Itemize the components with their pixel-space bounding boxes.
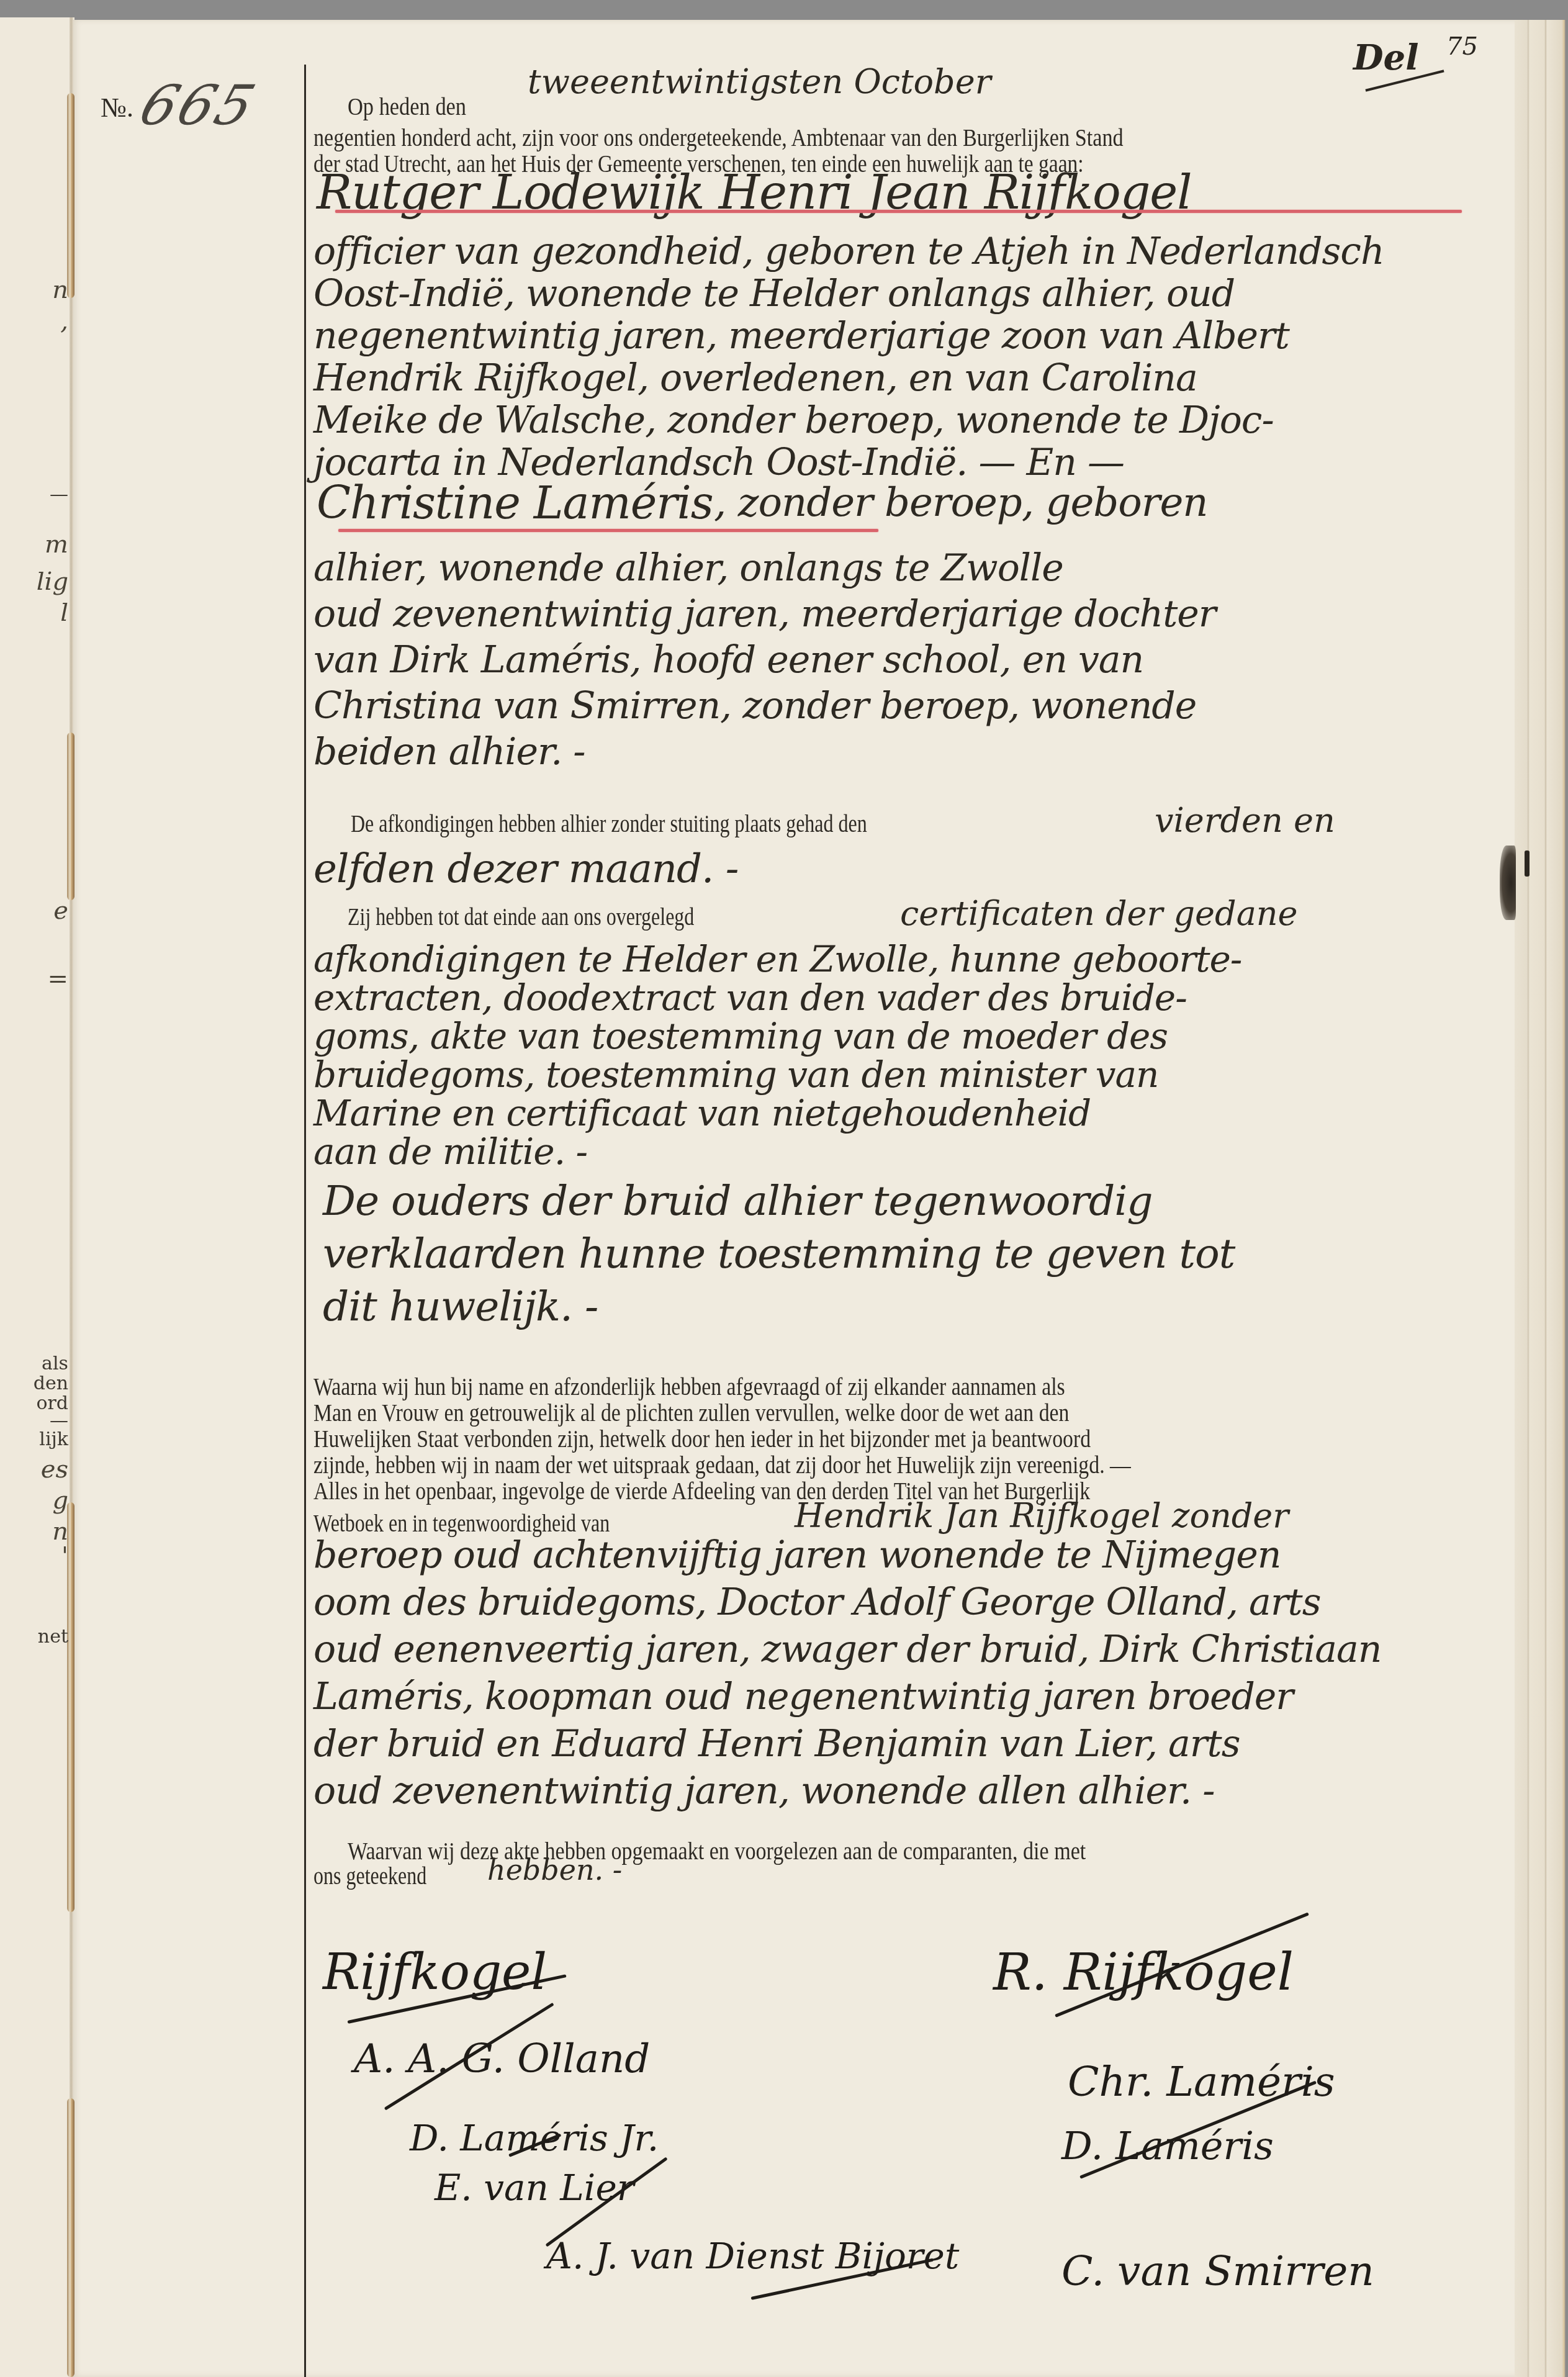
print-line: Huwelijken Staat verbonden zijn, hetwelk… xyxy=(313,1425,1091,1453)
signature-right: D. Laméris xyxy=(1061,2123,1274,2168)
left-page-fragment: lig xyxy=(0,571,68,592)
print-line: negentien honderd acht, zijn voor ons on… xyxy=(313,124,1124,151)
record-number: 665 xyxy=(132,73,264,137)
corner-annotation-number: 75 xyxy=(1446,32,1478,61)
left-page-fragment: net xyxy=(0,1626,68,1648)
signature-right: R. Rijfkogel xyxy=(993,1943,1294,2002)
print-line: Man en Vrouw en getrouwelijk al de plich… xyxy=(313,1399,1069,1427)
signature-left: A. A. G. Olland xyxy=(354,2036,650,2082)
handwritten-line: van Dirk Laméris, hoofd eener school, en… xyxy=(313,638,1143,682)
hw-date: tweeentwintigsten October xyxy=(528,62,991,101)
binding-stitch xyxy=(67,93,74,298)
handwritten-line: verklaarden hunne toestemming te geven t… xyxy=(323,1232,1235,1276)
handwritten-line: bruidegoms, toestemming van den minister… xyxy=(313,1053,1158,1096)
handwritten-line: aan de militie. - xyxy=(313,1130,587,1173)
handwritten-line: Hendrik Rijfkogel, overledenen, en van C… xyxy=(313,356,1197,400)
hw-proclamation-dates-cont: elfden dezer maand. - xyxy=(313,847,738,891)
bride-name: Christine Laméris xyxy=(317,481,713,525)
left-page-fragment: n xyxy=(0,279,68,300)
left-page-fragment: es xyxy=(0,1459,68,1480)
record-number-label: №. xyxy=(101,92,133,124)
bride-name-suffix: , zonder beroep, geboren xyxy=(714,481,1207,525)
handwritten-line: dit huwelijk. - xyxy=(323,1285,598,1328)
print-line: zijnde, hebben wij in naam der wet uitsp… xyxy=(313,1451,1131,1479)
signature-right: Chr. Laméris xyxy=(1068,2058,1335,2106)
signature-left: Rijfkogel xyxy=(323,1943,547,2001)
print-closing: Waarvan wij deze akte hebben opgemaakt e… xyxy=(348,1838,1086,1865)
print-op-heden: Op heden den xyxy=(348,93,466,120)
left-page-fragment: e xyxy=(0,900,68,921)
handwritten-line: afkondigingen te Helder en Zwolle, hunne… xyxy=(313,937,1241,981)
left-page-fragment: den xyxy=(0,1373,68,1394)
handwritten-line: beroep oud achtenvijftig jaren wonende t… xyxy=(313,1533,1281,1577)
page-stack-edge xyxy=(1515,20,1566,2377)
left-page-fragment: g xyxy=(0,1490,68,1511)
print-proclamations: De afkondigingen hebben alhier zonder st… xyxy=(351,810,867,837)
signature-left: D. Laméris Jr. xyxy=(410,2117,659,2159)
handwritten-line: goms, akte van toestemming van de moeder… xyxy=(313,1014,1168,1058)
handwritten-line: Laméris, koopman oud negenentwintig jare… xyxy=(313,1675,1293,1718)
ink-stain xyxy=(1525,850,1530,877)
handwritten-line: De ouders der bruid alhier tegenwoordig xyxy=(323,1179,1153,1223)
margin-rule xyxy=(304,65,306,2377)
handwritten-line: oud zevenentwintig jaren, wonende allen … xyxy=(313,1769,1214,1813)
handwritten-line: alhier, wonende alhier, onlangs te Zwoll… xyxy=(313,546,1063,590)
hw-witness-first: Hendrik Jan Rijfkogel zonder xyxy=(795,1496,1289,1535)
groom-name-underline xyxy=(335,210,1462,213)
groom-name: Rutger Lodewijk Henri Jean Rijfkogel xyxy=(317,171,1192,214)
bride-name-underline xyxy=(338,529,878,532)
left-page-fragment: lijk xyxy=(0,1429,68,1450)
handwritten-line: negenentwintig jaren, meerderjarige zoon… xyxy=(313,314,1289,358)
ink-stain xyxy=(1500,846,1516,920)
left-page-fragment: m xyxy=(0,534,68,555)
corner-annotation: Del xyxy=(1353,37,1418,78)
handwritten-line: oom des bruidegoms, Doctor Adolf George … xyxy=(313,1581,1320,1624)
signature-right: C. van Smirren xyxy=(1061,2247,1374,2295)
left-page-fragment: l xyxy=(0,602,68,623)
left-page-fragment: ' xyxy=(0,1546,68,1567)
binding-stitch xyxy=(67,733,74,900)
handwritten-line: der bruid en Eduard Henri Benjamin van L… xyxy=(313,1722,1240,1766)
hw-proclamation-dates: vierden en xyxy=(1155,801,1335,840)
binding-stitch xyxy=(67,2098,74,2377)
print-documents: Zij hebben tot dat einde aan ons overgel… xyxy=(348,903,694,931)
book-spine xyxy=(70,17,73,2377)
left-page-fragment: n xyxy=(0,1521,68,1542)
print-line: Waarna wij hun bij name en afzonderlijk … xyxy=(313,1373,1065,1400)
handwritten-line: extracten, doodextract van den vader des… xyxy=(313,976,1187,1019)
handwritten-line: Meike de Walsche, zonder beroep, wonende… xyxy=(313,399,1274,442)
left-page-fragment: als xyxy=(0,1353,68,1374)
hw-documents: certificaten der gedane xyxy=(900,894,1298,933)
print-closing-2: ons geteekend xyxy=(313,1862,426,1890)
signature-left: A. J. van Dienst Bijoret xyxy=(546,2235,959,2277)
handwritten-line: Marine en certificaat van nietgehoudenhe… xyxy=(313,1091,1091,1135)
handwritten-line: officier van gezondheid, geboren te Atje… xyxy=(313,230,1384,273)
handwritten-line: beiden alhier. - xyxy=(313,730,585,774)
handwritten-line: Christina van Smirren, zonder beroep, wo… xyxy=(313,684,1196,728)
handwritten-line: Oost-Indië, wonende te Helder onlangs al… xyxy=(313,272,1235,315)
left-page-fragment: — xyxy=(0,484,68,505)
hw-closing: hebben. - xyxy=(487,1853,622,1887)
left-page-fragment: = xyxy=(0,968,68,990)
left-page-fragment: , xyxy=(0,310,68,332)
handwritten-line: oud zevenentwintig jaren, meerderjarige … xyxy=(313,592,1216,636)
left-page xyxy=(0,17,74,2377)
handwritten-line: oud eenenveertig jaren, zwager der bruid… xyxy=(313,1628,1381,1671)
